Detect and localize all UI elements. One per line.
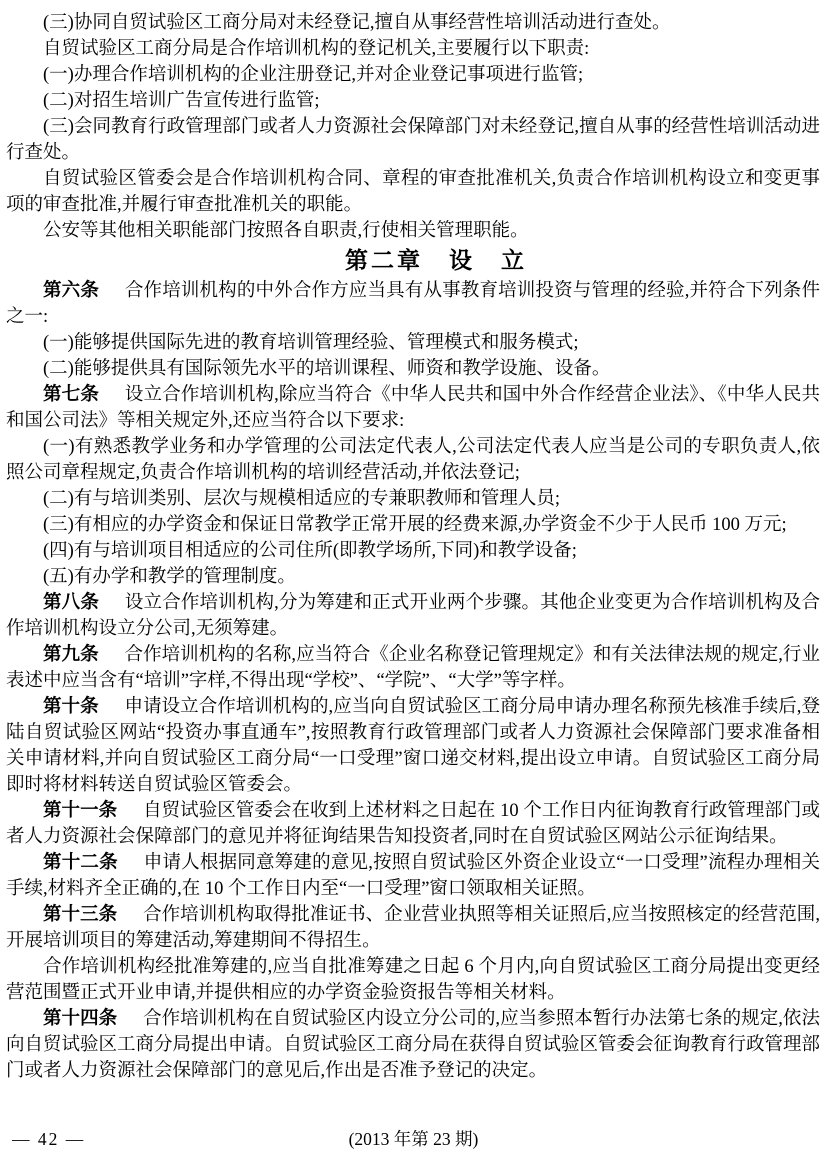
paragraph-text: 合作培训机构的中外合作方应当具有从事教育培训投资与管理的经验,并符合下列条件之一…	[6, 281, 820, 327]
article-paragraph: 第六条合作培训机构的中外合作方应当具有从事教育培训投资与管理的经验,并符合下列条…	[6, 278, 820, 330]
paragraph: 公安等其他相关职能部门按照各自职责,行使相关管理职能。	[6, 218, 820, 244]
paragraph-text: 设立合作培训机构,分为筹建和正式开业两个步骤。其他企业变更为合作培训机构及合作培…	[6, 593, 820, 639]
article-paragraph: 第十一条自贸试验区管委会在收到上述材料之日起在 10 个工作日内征询教育行政管理…	[6, 798, 820, 850]
article-number: 第七条	[43, 385, 99, 405]
page-number: — 42 —	[12, 1124, 85, 1154]
paragraph: (三)会同教育行政管理部门或者人力资源社会保障部门对未经登记,擅自从事的经营性培…	[6, 114, 820, 166]
page-footer: — 42 — (2013 年第 23 期)	[0, 1124, 827, 1154]
paragraph-text: (三)协同自贸试验区工商分局对未经登记,擅自从事经营性培训活动进行查处。	[43, 13, 670, 33]
paragraph: 合作培训机构经批准筹建的,应当自批准筹建之日起 6 个月内,向自贸试验区工商分局…	[6, 954, 820, 1006]
gazette-page: (三)协同自贸试验区工商分局对未经登记,擅自从事经营性培训活动进行查处。自贸试验…	[0, 0, 827, 1170]
article-number: 第八条	[43, 593, 99, 613]
article-number: 第六条	[43, 281, 99, 301]
paragraph: (一)有熟悉教学业务和办学管理的公司法定代表人,公司法定代表人应当是公司的专职负…	[6, 434, 820, 486]
paragraph: (四)有与培训项目相适应的公司住所(即教学场所,下同)和教学设备;	[6, 538, 820, 564]
paragraph: (五)有办学和教学的管理制度。	[6, 564, 820, 590]
paragraph-text: 自贸试验区管委会在收到上述材料之日起在 10 个工作日内征询教育行政管理部门或者…	[6, 801, 820, 847]
articles-section: 第六条合作培训机构的中外合作方应当具有从事教育培训投资与管理的经验,并符合下列条…	[6, 278, 820, 1084]
issue-label: (2013 年第 23 期)	[0, 1124, 827, 1154]
article-paragraph: 第十四条合作培训机构在自贸试验区内设立分公司的,应当参照本暂行办法第七条的规定,…	[6, 1006, 820, 1084]
paragraph: (三)协同自贸试验区工商分局对未经登记,擅自从事经营性培训活动进行查处。	[6, 10, 820, 36]
paragraph-text: 申请设立合作培训机构的,应当向自贸试验区工商分局申请办理名称预先核准手续后,登陆…	[6, 697, 820, 795]
paragraph: (三)有相应的办学资金和保证日常教学正常开展的经费来源,办学资金不少于人民币 1…	[6, 512, 820, 538]
paragraph-text: (三)有相应的办学资金和保证日常教学正常开展的经费来源,办学资金不少于人民币 1…	[43, 515, 787, 535]
paragraph-text: (二)有与培训类别、层次与规模相适应的专兼职教师和管理人员;	[43, 489, 560, 509]
article-number: 第九条	[43, 645, 99, 665]
paragraph-text: 合作培训机构经批准筹建的,应当自批准筹建之日起 6 个月内,向自贸试验区工商分局…	[6, 957, 820, 1003]
article-paragraph: 第七条设立合作培训机构,除应当符合《中华人民共和国中外合作经营企业法》、《中华人…	[6, 382, 820, 434]
paragraph: 自贸试验区工商分局是合作培训机构的登记机关,主要履行以下职责:	[6, 36, 820, 62]
article-number: 第十条	[43, 697, 99, 717]
paragraph: 自贸试验区管委会是合作培训机构合同、章程的审查批准机关,负责合作培训机构设立和变…	[6, 166, 820, 218]
article-paragraph: 第十条申请设立合作培训机构的,应当向自贸试验区工商分局申请办理名称预先核准手续后…	[6, 694, 820, 798]
paragraph-text: (二)对招生培训广告宣传进行监管;	[43, 91, 319, 111]
article-paragraph: 第十二条申请人根据同意筹建的意见,按照自贸试验区外资企业设立“一口受理”流程办理…	[6, 850, 820, 902]
paragraph-text: (一)办理合作培训机构的企业注册登记,并对企业登记事项进行监管;	[43, 65, 583, 85]
paragraph-text: 自贸试验区管委会是合作培训机构合同、章程的审查批准机关,负责合作培训机构设立和变…	[6, 169, 820, 215]
article-paragraph: 第十三条合作培训机构取得批准证书、企业营业执照等相关证照后,应当按照核定的经营范…	[6, 902, 820, 954]
paragraph-text: (一)能够提供国际先进的教育培训管理经验、管理模式和服务模式;	[43, 333, 578, 353]
paragraph-text: 合作培训机构在自贸试验区内设立分公司的,应当参照本暂行办法第七条的规定,依法向自…	[6, 1009, 820, 1081]
article-paragraph: 第八条设立合作培训机构,分为筹建和正式开业两个步骤。其他企业变更为合作培训机构及…	[6, 590, 820, 642]
paragraph-text: 设立合作培训机构,除应当符合《中华人民共和国中外合作经营企业法》、《中华人民共和…	[6, 385, 820, 431]
paragraph-text: (四)有与培训项目相适应的公司住所(即教学场所,下同)和教学设备;	[43, 541, 577, 561]
paragraph-text: 自贸试验区工商分局是合作培训机构的登记机关,主要履行以下职责:	[43, 39, 589, 59]
paragraph: (二)能够提供具有国际领先水平的培训课程、师资和教学设施、设备。	[6, 356, 820, 382]
document-body: (三)协同自贸试验区工商分局对未经登记,擅自从事经营性培训活动进行查处。自贸试验…	[6, 10, 820, 1084]
paragraph: (一)能够提供国际先进的教育培训管理经验、管理模式和服务模式;	[6, 330, 820, 356]
paragraph-text: 公安等其他相关职能部门按照各自职责,行使相关管理职能。	[43, 221, 529, 241]
paragraph-text: (二)能够提供具有国际领先水平的培训课程、师资和教学设施、设备。	[43, 359, 610, 379]
intro-section: (三)协同自贸试验区工商分局对未经登记,擅自从事经营性培训活动进行查处。自贸试验…	[6, 10, 820, 244]
article-paragraph: 第九条合作培训机构的名称,应当符合《企业名称登记管理规定》和有关法律法规的规定,…	[6, 642, 820, 694]
article-number: 第十三条	[43, 905, 117, 925]
paragraph: (二)对招生培训广告宣传进行监管;	[6, 88, 820, 114]
article-number: 第十二条	[43, 853, 118, 873]
paragraph-text: (三)会同教育行政管理部门或者人力资源社会保障部门对未经登记,擅自从事的经营性培…	[6, 117, 820, 163]
chapter-heading: 第二章 设 立	[6, 244, 820, 278]
paragraph-text: 合作培训机构取得批准证书、企业营业执照等相关证照后,应当按照核定的经营范围,开展…	[6, 905, 820, 951]
article-number: 第十一条	[43, 801, 117, 821]
paragraph-text: 申请人根据同意筹建的意见,按照自贸试验区外资企业设立“一口受理”流程办理相关手续…	[6, 853, 820, 899]
paragraph-text: (一)有熟悉教学业务和办学管理的公司法定代表人,公司法定代表人应当是公司的专职负…	[6, 437, 820, 483]
article-number: 第十四条	[43, 1009, 117, 1029]
paragraph: (二)有与培训类别、层次与规模相适应的专兼职教师和管理人员;	[6, 486, 820, 512]
paragraph-text: 合作培训机构的名称,应当符合《企业名称登记管理规定》和有关法律法规的规定,行业表…	[6, 645, 820, 691]
paragraph-text: (五)有办学和教学的管理制度。	[43, 567, 296, 587]
paragraph: (一)办理合作培训机构的企业注册登记,并对企业登记事项进行监管;	[6, 62, 820, 88]
